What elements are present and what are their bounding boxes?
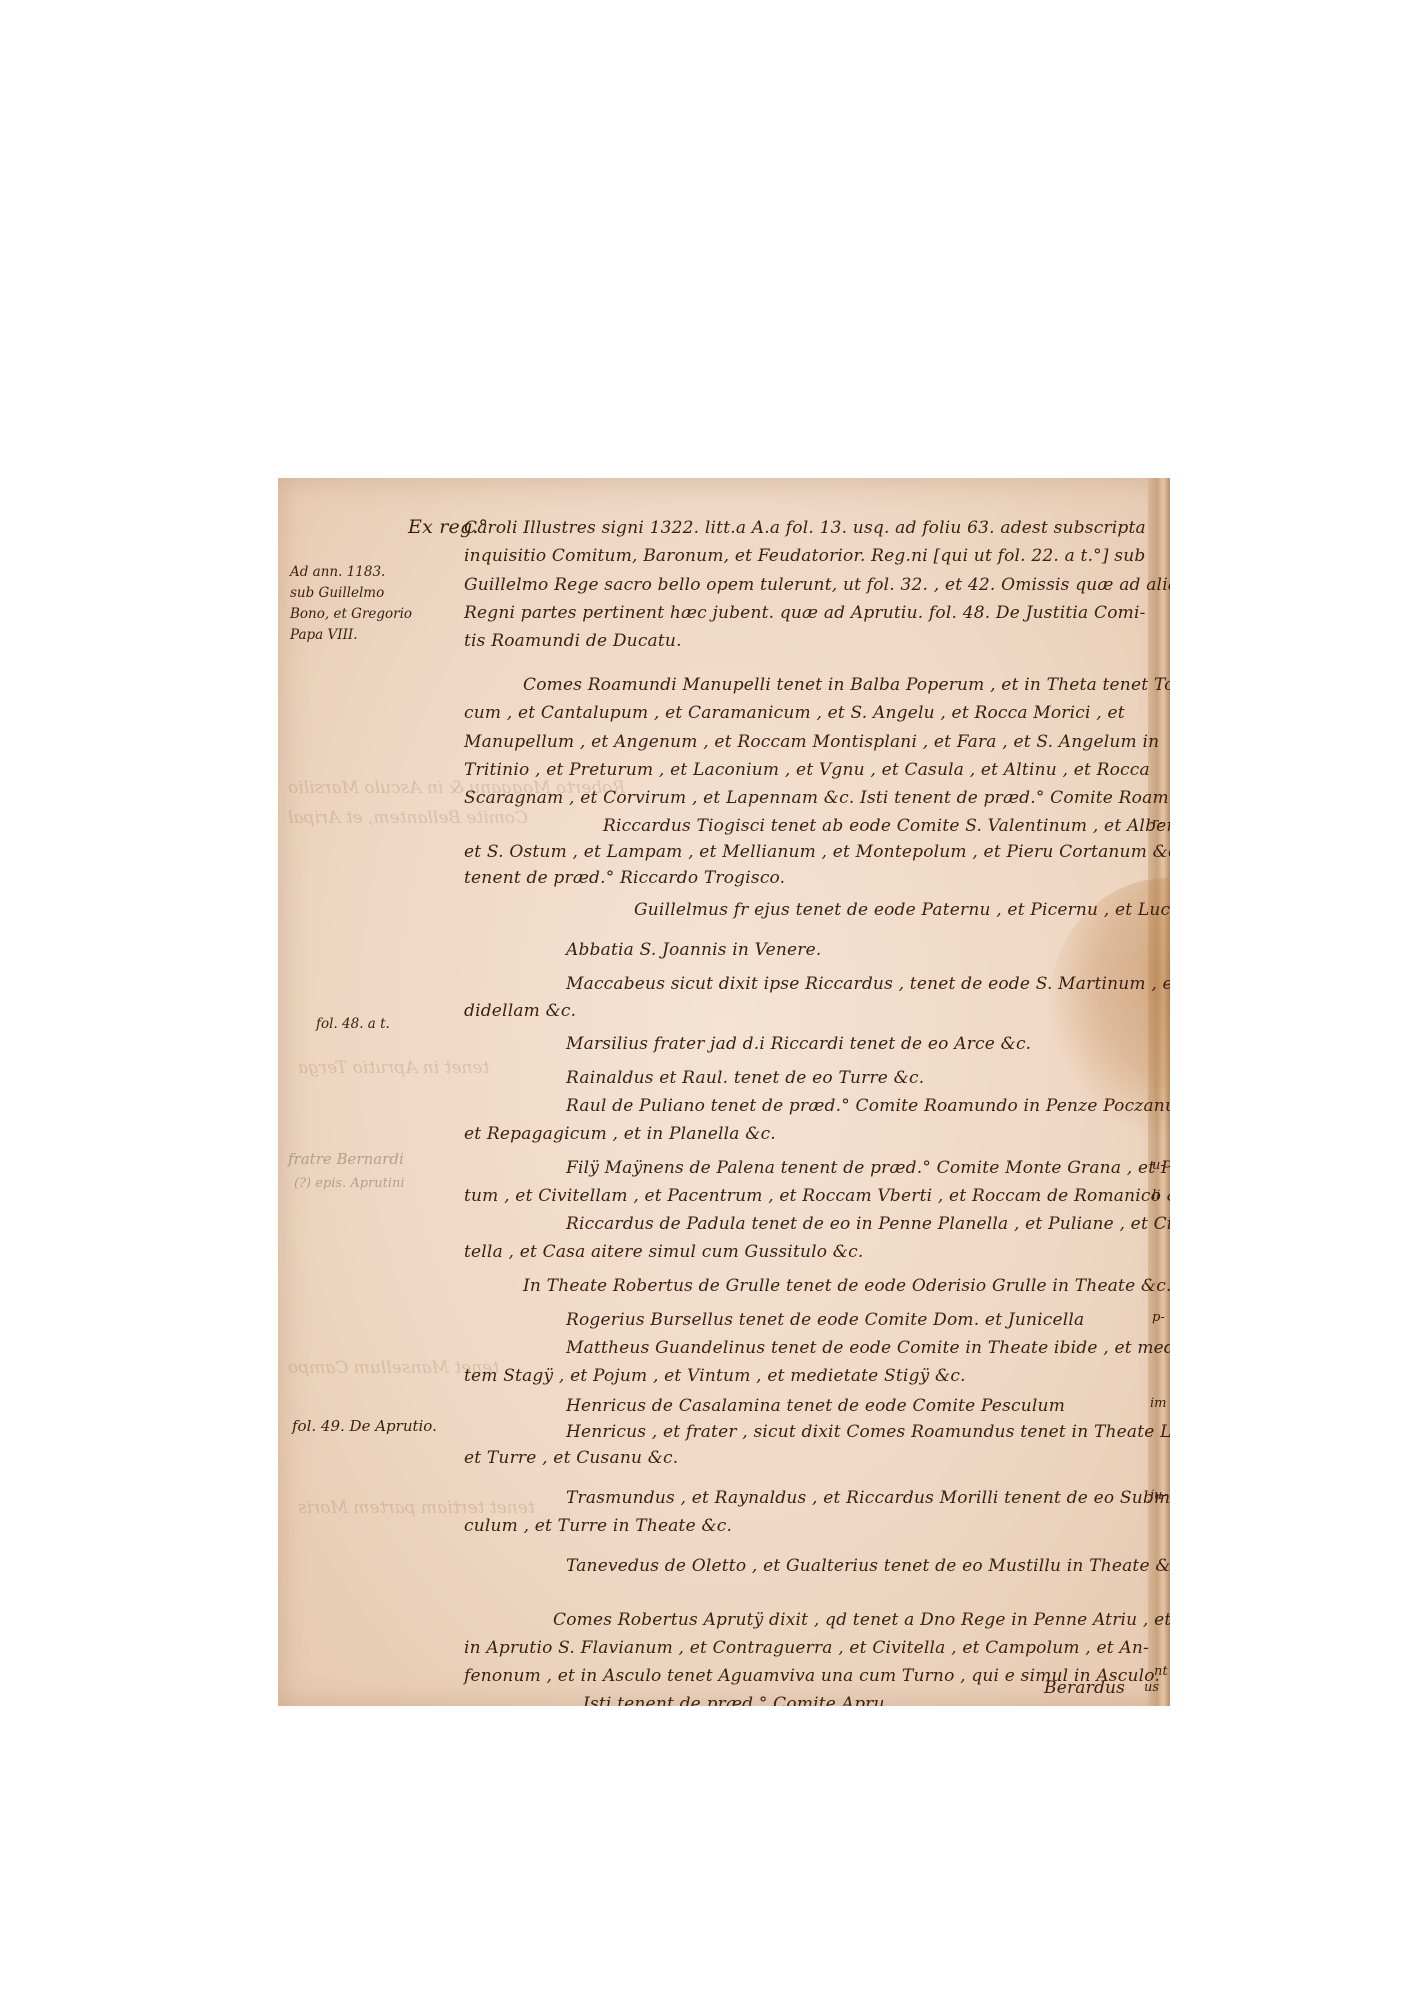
text-line: Guillelmo Rege sacro bello opem tulerunt… [464,575,1170,595]
text-line: Manupellum , et Angenum , et Roccam Mont… [464,732,1159,752]
text-line: Trasmundus , et Raynaldus , et Riccardus… [566,1488,1170,1508]
text-line: tem Stagÿ , et Pojum , et Vintum , et me… [464,1366,966,1386]
text-line: culum , et Turre in Theate &c. [464,1516,732,1536]
text-line: Rainaldus et Raul. tenet de eo Turre &c. [566,1068,924,1088]
margin-note-line: Bono, et Gregorio [290,604,412,625]
margin-fragment: im [1150,1396,1167,1411]
text-line: tella , et Casa aitere simul cum Gussitu… [464,1242,863,1262]
text-line: Comes Robertus Aprutÿ dixit , qd tenet a… [553,1610,1170,1630]
text-line: tenent de præd.° Riccardo Trogisco. [464,868,785,888]
text-line: Guillelmus fr ejus tenet de eode Paternu… [634,900,1170,920]
margin-fragment: u- [1152,1158,1165,1173]
margin-note-fol49: fol. 49. De Aprutio. [292,1416,437,1437]
pencil-note: (?) epis. Aprutini [294,1176,405,1191]
text-line: Scaragnam , et Corvirum , et Lapennam &c… [464,788,1170,808]
text-line: in Aprutio S. Flavianum , et Contraguerr… [464,1638,1149,1658]
catchword: Berardus [1044,1678,1125,1698]
margin-fragment: nt [1154,1664,1168,1679]
text-line: cum , et Cantalupum , et Caramanicum , e… [464,703,1125,723]
text-line: Mattheus Guandelinus tenet de eode Comit… [566,1338,1170,1358]
text-line: tum , et Civitellam , et Pacentrum , et … [464,1186,1170,1206]
text-line: Comes Roamundi Manupelli tenet in Balba … [523,675,1170,695]
text-line: et Repagagicum , et in Planella &c. [464,1124,776,1144]
text-line: tis Roamundi de Ducatu. [464,631,682,651]
text-line: Riccardus de Padula tenet de eo in Penne… [566,1214,1170,1234]
text-line: Abbatia S. Joannis in Venere. [566,940,821,960]
bleed-through-text: tenet tertiam partem Moris [298,1498,535,1518]
text-line: Tritinio , et Preturum , et Laconium , e… [464,760,1150,780]
margin-fragment: us [1144,1680,1159,1695]
text-line: Marsilius frater jad d.i Riccardi tenet … [566,1034,1031,1054]
text-line: Raul de Puliano tenet de præd.° Comite R… [566,1096,1170,1116]
text-line: Tanevedus de Oletto , et Gualterius tene… [566,1556,1170,1576]
manuscript-page: Roberto Mogganu & in Asculo Marsilio Com… [278,478,1170,1706]
margin-note-line: Papa VIII. [290,625,412,646]
text-line: Henricus , et frater , sicut dixit Comes… [566,1422,1170,1442]
margin-note-line: Ad ann. 1183. [290,562,412,583]
text-line: Maccabeus sicut dixit ipse Riccardus , t… [566,974,1170,994]
text-line: Riccardus Tiogisci tenet ab eode Comite … [603,816,1170,836]
text-line: In Theate Robertus de Grulle tenet de eo… [523,1276,1170,1296]
text-line: Rogerius Bursellus tenet de eode Comite … [566,1310,1084,1330]
text-line: Isti tenent de præd.° Comite Apru. [583,1694,890,1706]
text-line: Caroli Illustres signi 1322. litt.a A.a … [464,518,1146,538]
margin-fragment: p- [1152,1310,1165,1325]
text-line: Henricus de Casalamina tenet de eode Com… [566,1396,1065,1416]
margin-note-date: Ad ann. 1183. sub Guillelmo Bono, et Gre… [290,562,412,646]
bleed-through-text: Comite Bellantem, et Aripal [288,808,528,828]
margin-note-line: sub Guillelmo [290,583,412,604]
bleed-through-text: tenet in Aprutio Terga [298,1058,489,1078]
text-line: inquisitio Comitum, Baronum, et Feudator… [464,546,1145,566]
margin-fragment: r- [1152,816,1163,831]
text-line: et S. Ostum , et Lampam , et Mellianum ,… [464,842,1170,862]
margin-fragment: li [1152,1188,1160,1203]
margin-note-fol48: fol. 48. a t. [316,1014,390,1035]
text-line: Filÿ Maÿnens de Palena tenent de præd.° … [566,1158,1170,1178]
pencil-note: fratre Bernardi [288,1150,404,1168]
text-line: et Turre , et Cusanu &c. [464,1448,678,1468]
margin-fragment: ju- [1150,1488,1167,1503]
text-line: didellam &c. [464,1001,576,1021]
text-line: Regni partes pertinent hæc jubent. quæ a… [464,603,1146,623]
